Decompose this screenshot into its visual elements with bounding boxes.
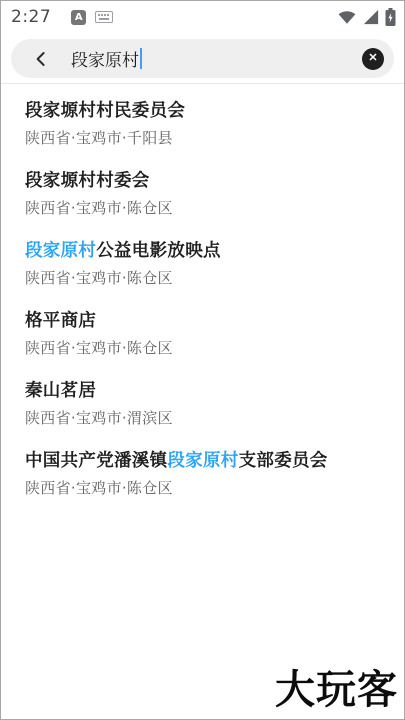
list-item[interactable]: 段家塬村村民委员会陕西省·宝鸡市·千阳县 xyxy=(1,86,404,156)
result-title: 秦山茗居 xyxy=(25,379,380,403)
result-title: 段家原村公益电影放映点 xyxy=(25,239,380,263)
clock: 2:27 xyxy=(11,7,51,27)
keyboard-icon xyxy=(95,11,113,23)
text-cursor xyxy=(140,48,142,69)
back-button[interactable] xyxy=(27,45,55,73)
wifi-icon xyxy=(337,9,357,25)
result-title-text: 中国共产党潘溪镇 xyxy=(25,451,167,471)
result-title: 段家塬村村民委员会 xyxy=(25,99,380,123)
list-item[interactable]: 格平商店陕西省·宝鸡市·陈仓区 xyxy=(1,296,404,366)
result-title: 格平商店 xyxy=(25,309,380,333)
chevron-left-icon xyxy=(32,50,50,68)
result-title: 段家塬村村委会 xyxy=(25,169,380,193)
list-item[interactable]: 段家塬村村委会陕西省·宝鸡市·陈仓区 xyxy=(1,156,404,226)
result-title-text: 格平商店 xyxy=(25,311,96,331)
input-method-a-icon: A xyxy=(71,10,86,25)
cellular-signal-icon xyxy=(362,9,380,25)
result-title-highlight: 段家原村 xyxy=(167,451,238,471)
close-icon: ✕ xyxy=(368,53,377,64)
search-input[interactable]: 段家原村 xyxy=(71,46,362,71)
result-title-highlight: 段家原村 xyxy=(25,241,96,261)
result-title-text: 公益电影放映点 xyxy=(96,241,221,261)
result-subtitle: 陕西省·宝鸡市·陈仓区 xyxy=(25,338,380,358)
watermark-logo: 大玩客 xyxy=(275,658,398,715)
list-item[interactable]: 秦山茗居陕西省·宝鸡市·渭滨区 xyxy=(1,366,404,436)
result-subtitle: 陕西省·宝鸡市·陈仓区 xyxy=(25,268,380,288)
result-title: 中国共产党潘溪镇段家原村支部委员会 xyxy=(25,449,380,473)
search-query-text: 段家原村 xyxy=(71,46,139,71)
list-item[interactable]: 中国共产党潘溪镇段家原村支部委员会陕西省·宝鸡市·陈仓区 xyxy=(1,436,404,506)
results-list: 段家塬村村民委员会陕西省·宝鸡市·千阳县段家塬村村委会陕西省·宝鸡市·陈仓区段家… xyxy=(1,84,404,506)
result-title-text: 支部委员会 xyxy=(239,451,328,471)
search-header: 段家原村 ✕ xyxy=(1,31,404,84)
result-subtitle: 陕西省·宝鸡市·渭滨区 xyxy=(25,408,380,428)
result-title-text: 段家塬村村委会 xyxy=(25,171,150,191)
result-title-text: 秦山茗居 xyxy=(25,381,96,401)
result-subtitle: 陕西省·宝鸡市·千阳县 xyxy=(25,128,380,148)
result-subtitle: 陕西省·宝鸡市·陈仓区 xyxy=(25,198,380,218)
battery-charging-icon xyxy=(385,8,396,26)
list-item[interactable]: 段家原村公益电影放映点陕西省·宝鸡市·陈仓区 xyxy=(1,226,404,296)
search-bar[interactable]: 段家原村 ✕ xyxy=(11,39,394,78)
clear-search-button[interactable]: ✕ xyxy=(362,48,384,70)
status-bar: 2:27 A xyxy=(1,1,404,31)
result-title-text: 段家塬村村民委员会 xyxy=(25,101,185,121)
result-subtitle: 陕西省·宝鸡市·陈仓区 xyxy=(25,478,380,498)
